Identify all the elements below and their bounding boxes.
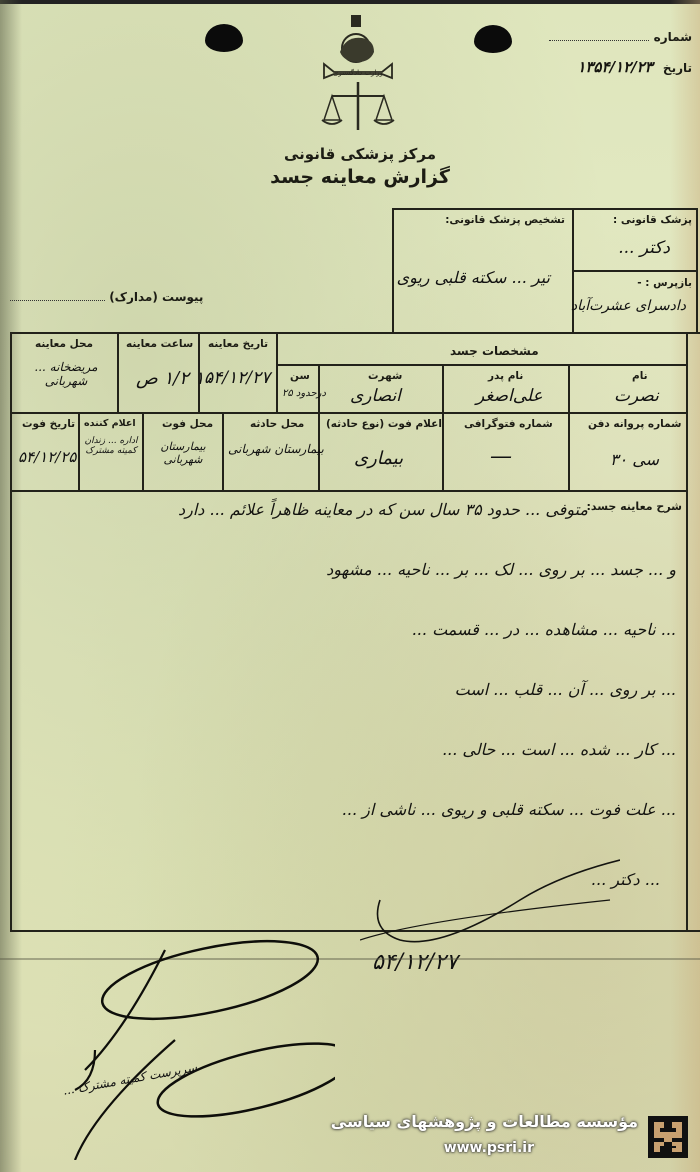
examiner-signature-icon [360,840,620,950]
body-specs-title: مشخصات جسد [450,344,539,358]
death-type-value: بیماری [354,448,403,469]
incident-place-value: بیمارستان شهربانی [228,442,324,456]
org-name: مرکز پزشکی قانونی [260,145,460,163]
punch-hole-right [474,25,512,53]
burial-permit-label: شماره پروانه دفن [588,418,682,430]
svg-text:وزارت دادگستری: وزارت دادگستری [333,68,383,77]
father-name-label: نام پدر [488,370,523,382]
name-label: نام [632,370,648,382]
death-type-label: اعلام فوت (نوع حادثه) [326,418,442,430]
father-name-value: علی‌اصغر [476,386,543,406]
exam-date-value: ۵۴/۱۲/۲۷ [204,368,270,388]
watermark-url: www.psri.ir [444,1140,534,1156]
investigator-value: دادسرای عشرت‌آباد [571,298,686,314]
burial-permit-value: سی ۳۰ [610,450,659,469]
number-label: شماره [654,30,692,44]
attachment-label: پیوست (مدارک) [109,290,203,304]
exam-place-label: محل معاینه [35,338,93,350]
exam-time-value: ۱۰ ۱/۲ ص [136,368,214,389]
reporter-label: اعلام کننده [84,418,136,429]
surname-label: شهرت [368,370,402,382]
examination-line: ... کار ... شده ... است ... حالی ... [442,740,676,759]
psri-logo-icon [648,1116,688,1158]
death-date-label: تاریخ فوت [22,418,75,430]
diagnosis-label: تشخیص پزشک قانونی: [445,214,565,226]
attachment-field: پیوست (مدارک) [10,290,203,304]
exam-time-label: ساعت معاینه [126,338,193,350]
photo-number-label: شماره فتوگرافی [464,418,553,430]
death-place-value: بیمارستان شهربانی [146,440,220,466]
death-place-label: محل فوت [162,418,213,430]
investigator-label: بازپرس : - [637,277,692,289]
diagnosis-value: تیر ... سکته قلبی ریوی [397,268,550,287]
examination-line: ... بر روی ... آن ... قلب ... است [455,680,676,699]
examination-line: متوفی ... حدود ۳۵ سال سن که در معاینه ظا… [178,500,588,519]
name-value: نصرت [614,386,659,406]
exam-place-value: مریضخانه ... شهربانی [18,360,114,388]
scan-top-border [0,0,700,4]
exam-date-label: تاریخ معاینه [208,338,268,350]
psri-logo [648,1116,688,1158]
date-field: تاریخ ۱۳۵۴/۱۲/۲۳ [577,58,692,76]
doctor-value: دکتر ... [618,238,670,258]
surname-value: انصاری [350,386,401,406]
death-date-value: ۵۴/۱۲/۲۵ [18,448,76,466]
examination-line: ... ناحیه ... مشاهده ... در ... قسمت ... [412,620,676,639]
date-value: ۱۳۵۴/۱۲/۲۳ [577,58,652,76]
examination-line: ... علت فوت ... سکته قلبی و ریوی ... ناش… [342,800,676,819]
official-signature-icon [55,930,335,1160]
age-value: درحدود ۲۵ [282,388,326,399]
closing-date: ۵۴/۱۲/۲۷ [372,950,458,975]
examination-label: شرح معاینه جسد: [586,500,682,513]
reporter-value: اداره ... زندان کمیته مشترک [82,436,140,456]
incident-place-label: محل حادثه [250,418,304,430]
doctor-label: پزشک قانونی : [613,214,692,226]
age-label: سن [290,370,310,382]
date-label: تاریخ [663,61,692,75]
form-title: گزارش معاینه جسد [240,166,480,188]
photo-number-value: — [490,444,512,469]
watermark-org-name: مؤسسه مطالعات و پژوهشهای سیاسی [331,1112,638,1131]
number-field: شماره [549,30,692,44]
ministry-emblem: وزارت دادگستری [318,12,398,137]
examination-line: و ... جسد ... بر روی ... لک ... بر ... ن… [326,560,676,579]
punch-hole-left [205,24,243,52]
lion-and-sun-scales-icon: وزارت دادگستری [318,12,398,137]
